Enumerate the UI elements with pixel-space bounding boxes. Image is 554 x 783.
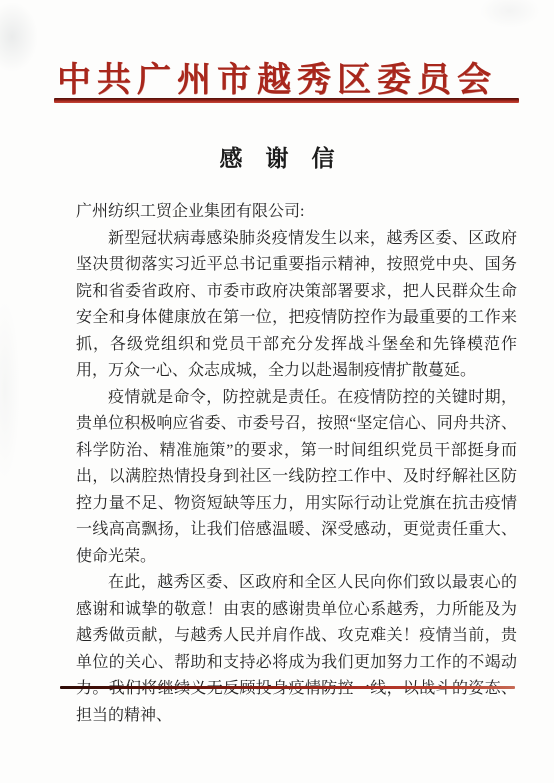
scanned-letter-page: 中共广州市越秀区委员会 感 谢 信 广州纺织工贸企业集团有限公司: 新型冠状病毒… <box>0 0 554 783</box>
paragraph-2: 疫情就是命令，防控就是责任。在疫情防控的关键时期，贵单位积极响应省委、市委号召，… <box>76 385 517 571</box>
letterhead-rule <box>54 98 519 103</box>
paragraph-3: 在此，越秀区委、区政府和全区人民向你们致以最衷心的感谢和诚挚的敬意！由衷的感谢贵… <box>76 570 517 729</box>
letter-title: 感 谢 信 <box>0 140 554 173</box>
salutation: 广州纺织工贸企业集团有限公司: <box>76 199 517 226</box>
letter-body: 广州纺织工贸企业集团有限公司: 新型冠状病毒感染肺炎疫情发生以来，越秀区委、区政… <box>76 199 517 729</box>
letterhead-title: 中共广州市越秀区委员会 <box>0 52 554 101</box>
scan-smudge <box>0 300 20 480</box>
scan-smudge <box>480 0 540 28</box>
paragraph-1: 新型冠状病毒感染肺炎疫情发生以来，越秀区委、区政府坚决贯彻落实习近平总书记重要指… <box>76 226 517 385</box>
footer-rule <box>60 686 515 689</box>
